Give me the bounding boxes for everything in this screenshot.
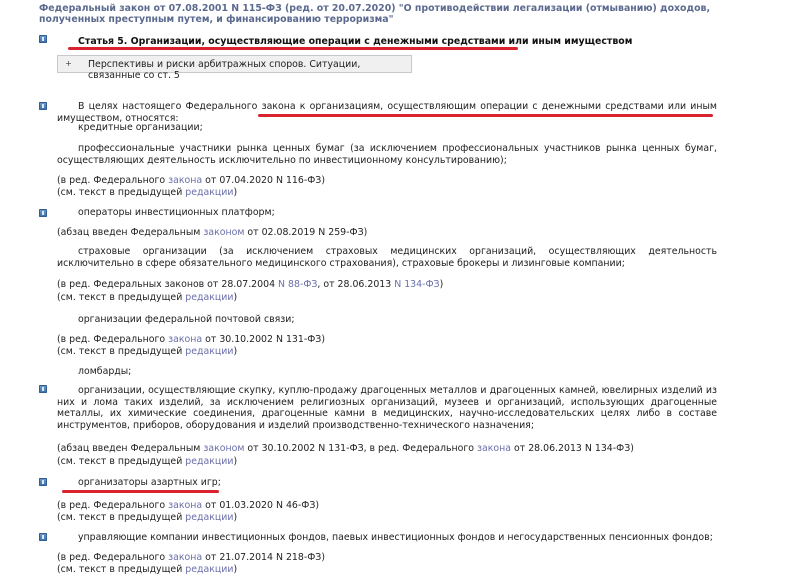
list-item: организации федеральной почтовой связи; (57, 314, 717, 326)
list-item: организации, осуществляющие скупку, купл… (57, 385, 717, 431)
edition-link[interactable]: редакции (185, 187, 233, 198)
law-link[interactable]: законом (203, 443, 244, 454)
list-item: управляющие компании инвестиционных фонд… (57, 532, 717, 544)
list-item: операторы инвестиционных платформ; (57, 207, 717, 219)
highlight-underline (62, 490, 219, 493)
previous-edition-note: (см. текст в предыдущей редакции) (57, 346, 237, 358)
list-item: кредитные организации; (57, 122, 717, 134)
law-link[interactable]: закона (168, 500, 202, 511)
amendment-note: (абзац введен Федеральным законом от 30.… (57, 443, 634, 455)
law-link[interactable]: законом (203, 227, 244, 238)
law-link[interactable]: закона (168, 552, 202, 563)
list-item: ломбарды; (57, 366, 717, 378)
previous-edition-note: (см. текст в предыдущей редакции) (57, 456, 237, 468)
amendment-note: (в ред. Федерального закона от 21.07.201… (57, 552, 325, 564)
previous-edition-note: (см. текст в предыдущей редакции) (57, 292, 237, 304)
highlight-underline (68, 47, 518, 50)
edition-link[interactable]: редакции (185, 346, 233, 357)
law-link[interactable]: закона (477, 443, 511, 454)
amendment-note: (в ред. Федеральных законов от 28.07.200… (57, 279, 443, 291)
list-item: профессиональные участники рынка ценных … (57, 143, 717, 166)
intro-paragraph: В целях настоящего Федерального закона к… (57, 101, 717, 124)
edition-link[interactable]: редакции (185, 564, 233, 575)
law-link[interactable]: закона (168, 175, 202, 186)
previous-edition-note: (см. текст в предыдущей редакции) (57, 512, 237, 524)
document-title: Федеральный закон от 07.08.2001 N 115-ФЗ… (39, 3, 769, 25)
previous-edition-note: (см. текст в предыдущей редакции) (57, 187, 237, 199)
plus-icon[interactable]: + (65, 60, 72, 67)
info-icon[interactable] (39, 35, 47, 43)
highlight-underline (258, 114, 713, 117)
info-icon[interactable] (39, 478, 47, 486)
amendment-note: (абзац введен Федеральным законом от 02.… (57, 227, 367, 239)
info-icon[interactable] (39, 533, 47, 541)
list-item: страховые организации (за исключением ст… (57, 246, 717, 269)
law-link[interactable]: N 88-ФЗ (278, 279, 317, 290)
law-link[interactable]: закона (168, 334, 202, 345)
info-icon[interactable] (39, 209, 47, 217)
article-title: Статья 5. Организации, осуществляющие оп… (78, 36, 632, 47)
related-practice-expander[interactable]: + Перспективы и риски арбитражных споров… (57, 55, 412, 73)
info-icon[interactable] (39, 102, 47, 110)
amendment-note: (в ред. Федерального закона от 07.04.202… (57, 175, 325, 187)
amendment-note: (в ред. Федерального закона от 01.03.202… (57, 500, 319, 512)
previous-edition-note: (см. текст в предыдущей редакции) (57, 564, 237, 576)
expander-label: Перспективы и риски арбитражных споров. … (88, 59, 411, 81)
amendment-note: (в ред. Федерального закона от 30.10.200… (57, 334, 325, 346)
edition-link[interactable]: редакции (185, 292, 233, 303)
law-link[interactable]: N 134-ФЗ (394, 279, 439, 290)
edition-link[interactable]: редакции (185, 512, 233, 523)
info-icon[interactable] (39, 385, 47, 393)
list-item: организаторы азартных игр; (57, 477, 717, 489)
edition-link[interactable]: редакции (185, 456, 233, 467)
